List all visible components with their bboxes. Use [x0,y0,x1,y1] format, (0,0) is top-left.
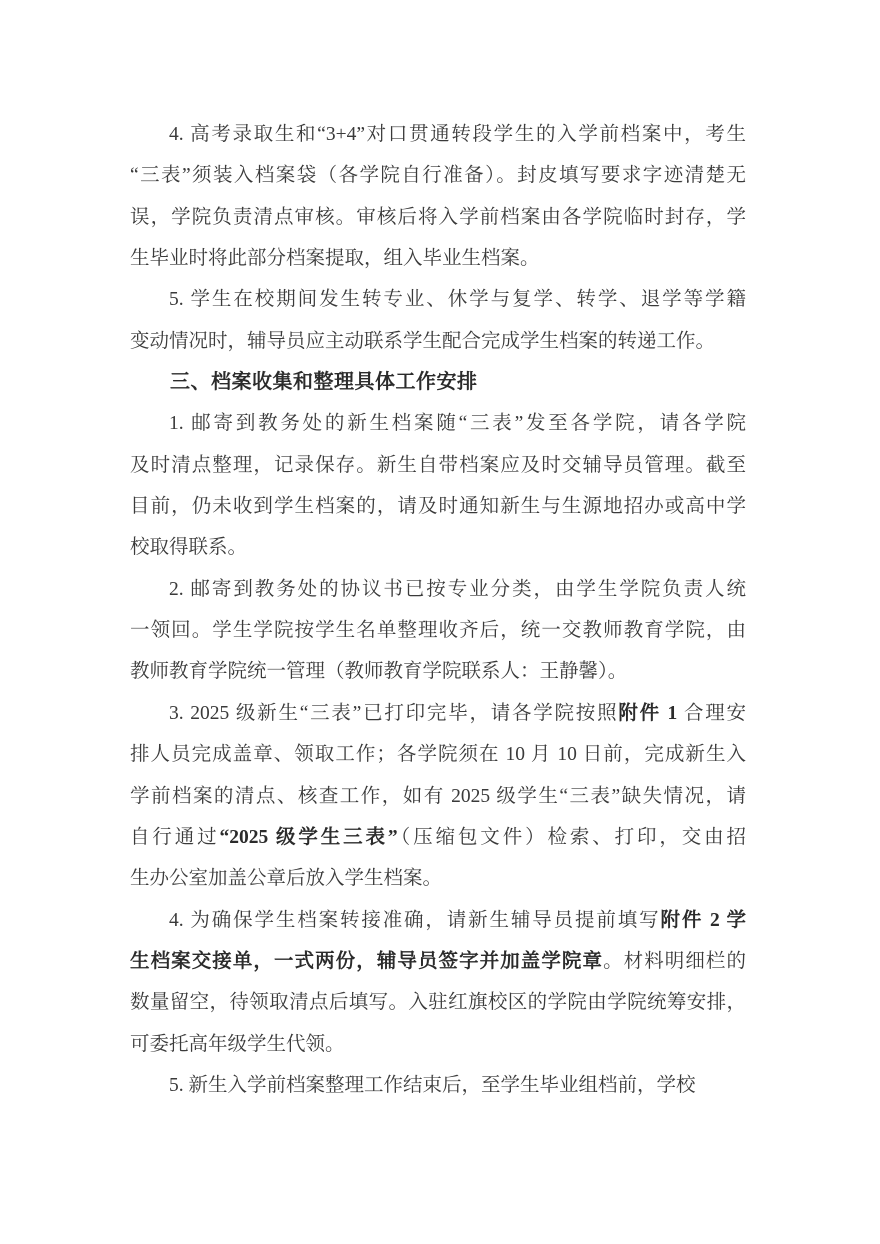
text-line: 目前，仍未收到学生档案的，请及时通知新生与生源地招办或高中学 [130,486,746,527]
text-run: 目前，仍未收到学生档案的，请及时通知新生与生源地招办或高中学 [130,496,746,517]
section-heading: 三、档案收集和整理具体工作安排 [130,362,746,403]
text-run: 教师教育学院统一管理（教师教育学院联系人：王静馨）。 [130,661,627,682]
text-line: 学前档案的清点、核查工作，如有 2025 级学生“三表”缺失情况，请 [130,776,746,817]
text-run: 4. 高考录取生和“3+4”对口贯通转段学生的入学前档案中，考生 [169,124,746,145]
text-run: 5. 学生在校期间发生转专业、休学与复学、转学、退学等学籍 [169,289,746,310]
text-line: 及时清点整理，记录保存。新生自带档案应及时交辅导员管理。截至 [130,445,746,486]
text-run: 可委托高年级学生代领。 [130,1034,345,1055]
emphasis-text-run: 生档案交接单，一式两份，辅导员签字并加盖学院章 [130,951,603,972]
text-line: 误，学院负责清点审核。审核后将入学前档案由各学院临时封存，学 [130,197,746,238]
emphasis-text-run: 附件 2 学 [661,910,746,931]
text-run: 变动情况时，辅导员应主动联系学生配合完成学生档案的转递工作。 [130,331,715,352]
text-line: 教师教育学院统一管理（教师教育学院联系人：王静馨）。 [130,651,746,692]
text-run: 一领回。学生学院按学生名单整理收齐后，统一交教师教育学院，由 [130,620,746,641]
text-run: 误，学院负责清点审核。审核后将入学前档案由各学院临时封存，学 [130,207,746,228]
emphasis-text-run: 附件 1 [618,703,677,724]
text-run: “三表”须装入档案袋（各学院自行准备）。封皮填写要求字迹清楚无 [130,165,746,186]
text-line: 5. 新生入学前档案整理工作结束后，至学生毕业组档前，学校 [130,1065,746,1106]
text-run: 及时清点整理，记录保存。新生自带档案应及时交辅导员管理。截至 [130,455,746,476]
text-run: 自行通过 [130,827,220,848]
text-line: 3. 2025 级新生“三表”已打印完毕，请各学院按照附件 1 合理安 [130,693,746,734]
text-line: 校取得联系。 [130,527,746,568]
text-line: 排人员完成盖章、领取工作；各学院须在 10 月 10 日前，完成新生入 [130,734,746,775]
emphasis-text-run: “2025 级学生三表” [220,827,398,848]
text-line: 生办公室加盖公章后放入学生档案。 [130,858,746,899]
text-run: 生办公室加盖公章后放入学生档案。 [130,868,442,889]
text-run: 排人员完成盖章、领取工作；各学院须在 10 月 10 日前，完成新生入 [130,744,746,765]
text-run: 。材料明细栏的 [603,951,746,972]
text-run: 数量留空，待领取清点后填写。入驻红旗校区的学院由学院统筹安排， [130,992,746,1013]
text-line: 4. 高考录取生和“3+4”对口贯通转段学生的入学前档案中，考生 [130,114,746,155]
text-line: 5. 学生在校期间发生转专业、休学与复学、转学、退学等学籍 [130,279,746,320]
emphasis-text-run: 三、档案收集和整理具体工作安排 [170,371,478,393]
text-run: 3. 2025 级新生“三表”已打印完毕，请各学院按照 [169,703,618,724]
text-line: 生档案交接单，一式两份，辅导员签字并加盖学院章。材料明细栏的 [130,941,746,982]
document-page: 4. 高考录取生和“3+4”对口贯通转段学生的入学前档案中，考生“三表”须装入档… [0,0,880,1244]
text-run: 合理安 [677,703,746,724]
document-body: 4. 高考录取生和“3+4”对口贯通转段学生的入学前档案中，考生“三表”须装入档… [130,114,746,1106]
text-line: 可委托高年级学生代领。 [130,1024,746,1065]
text-line: 生毕业时将此部分档案提取，组入毕业生档案。 [130,238,746,279]
text-line: 数量留空，待领取清点后填写。入驻红旗校区的学院由学院统筹安排， [130,982,746,1023]
text-run: 校取得联系。 [130,537,247,558]
text-run: 1. 邮寄到教务处的新生档案随“三表”发至各学院，请各学院 [169,413,746,434]
text-line: “三表”须装入档案袋（各学院自行准备）。封皮填写要求字迹清楚无 [130,155,746,196]
text-run: 2. 邮寄到教务处的协议书已按专业分类，由学生学院负责人统 [169,579,746,600]
text-line: 2. 邮寄到教务处的协议书已按专业分类，由学生学院负责人统 [130,569,746,610]
text-line: 1. 邮寄到教务处的新生档案随“三表”发至各学院，请各学院 [130,403,746,444]
text-run: 5. 新生入学前档案整理工作结束后，至学生毕业组档前，学校 [169,1075,696,1096]
text-line: 一领回。学生学院按学生名单整理收齐后，统一交教师教育学院，由 [130,610,746,651]
text-line: 4. 为确保学生档案转接准确，请新生辅导员提前填写附件 2 学 [130,900,746,941]
text-run: 4. 为确保学生档案转接准确，请新生辅导员提前填写 [169,910,661,931]
text-run: （压缩包文件）检索、打印，交由招 [398,827,746,848]
text-line: 自行通过“2025 级学生三表”（压缩包文件）检索、打印，交由招 [130,817,746,858]
text-line: 变动情况时，辅导员应主动联系学生配合完成学生档案的转递工作。 [130,321,746,362]
text-run: 学前档案的清点、核查工作，如有 2025 级学生“三表”缺失情况，请 [130,786,746,807]
text-run: 生毕业时将此部分档案提取，组入毕业生档案。 [130,248,540,269]
